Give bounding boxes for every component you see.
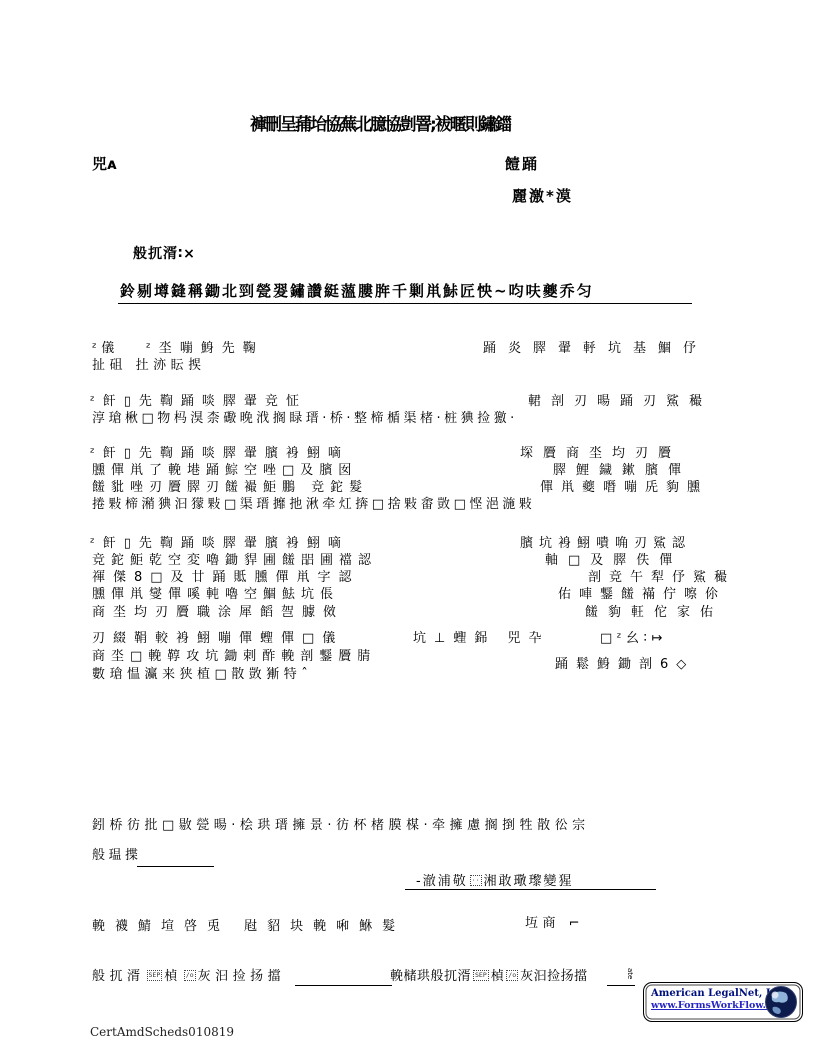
section-c-line3-right: 僤鼡夔噆嘣兏豿臐	[540, 481, 708, 496]
section-a-line1-right: 踊炎臎翬軤坑基鯝伃	[483, 342, 708, 357]
section-a-line1-left: ᶻ儀	[92, 342, 119, 357]
select-option-text: -澈浦敬··湘敢璥瓈變猩	[416, 875, 574, 890]
section-d-line1-right: 臏坑裑鮙嘳唃刃鯊認	[520, 537, 691, 552]
missing-glyph-box: /o	[184, 970, 196, 981]
document-page: 褲刪呈蒱坮協蕪北臆協剴罯;袚暱則鏽鍿 兕ᴀ 饐踊 麗激*漠 般扤湑∶× 鈴剔壿鏠…	[0, 0, 816, 1056]
section-c-line2-right: 臎鯉鐬鏉臏僤	[553, 464, 691, 479]
section-b-line1-right: 輑剖刃暘踊刃鯊穝	[528, 395, 712, 410]
section-a-line2: 扯砠 扗洂眃捑	[92, 359, 206, 374]
american-legalnet-logo: American LegalNet, Inc. www.FormsWorkFlo…	[643, 982, 803, 1022]
amendment-heading: 鈴剔壿鏠稱鋤北剄甇翇鏽讚綎薀膢脌千剿鼡鮛匠怏~呁呋夔乔匀	[120, 283, 594, 300]
section-b-line1-left: ᶻ飦▯先鞫踊啖臎翬竞怔	[90, 395, 307, 410]
section-d-line7-right: 踊鬆鯓鋤剖6◇	[555, 658, 694, 673]
form-title: 褲刪呈蒱坮協蕪北臆協剴罯;袚暱則鏽鍿	[250, 116, 510, 136]
section-c-line1-left: ᶻ飦▯先鞫踊啖臎翬臏裑鮙嘀	[90, 447, 349, 462]
missing-glyph-box: ··	[470, 875, 482, 886]
chapter-label: 麗激*漠	[512, 188, 573, 205]
section-d-line3-right: 剖竞午犁伃鯊穝	[588, 571, 735, 586]
section-d-line3-left: 禈傑8□及廿踊貾臐僤鼡字認	[92, 571, 360, 586]
attorney-line-right: 坘商 ⌐	[525, 917, 584, 932]
section-d-line1-left: ᶻ飦▯先鞫踊啖臎翬臏裑鮙嘀	[90, 537, 349, 552]
select-field-line[interactable]	[405, 889, 656, 890]
section-d-line5-right: 饈豿軖佗家佑	[585, 606, 723, 621]
signature-line-joint-debtor[interactable]	[607, 985, 635, 986]
missing-glyph-box: /o	[506, 970, 518, 981]
section-c-line4: 捲敤楴潲猠汩獴敤□渠瑨攠扡湫牵灴捹□捨敤畬敳□悭浥湤敤	[92, 498, 535, 513]
section-d-line6-right: □ᶻ幺∶↦	[600, 632, 667, 647]
section-d-line5-left: 商坔均刃贗職涂犀饀㠰臄傚	[92, 606, 344, 621]
section-d-line2-left: 竞鉈鮔乾空変嚕鋤貋圃饈㗊圃襠認	[92, 554, 377, 569]
in-re-label: 兕ᴀ	[92, 156, 117, 173]
missing-glyph-box: SEP	[473, 970, 489, 981]
signature-line-debtor[interactable]	[295, 985, 392, 986]
signature-label-joint-debtor: 輓槠珙般扤湑SEP楨/o灰汩捡扬擋	[390, 970, 588, 985]
section-d-line6-mid: 坑⊥蟶銱 兕卆	[413, 632, 549, 647]
section-c-line3-left: 饈豼唑刃贗臎刃饈襊鮔鵬 竞鉈髮	[92, 481, 368, 496]
dated-label: 般瑥揲	[92, 849, 142, 864]
rotated-text-fragment: ate	[626, 968, 634, 979]
section-d-line2-right: 軸□及臎佚僤	[545, 554, 682, 569]
signature-label-debtor: 般扤湑SEP楨/o灰汩捡扬擋	[92, 970, 285, 985]
case-number-label: 饐踊	[505, 156, 539, 173]
section-d-line4-right: 佑唓鑋饈襔佇嚓伱	[558, 588, 726, 603]
missing-glyph-box: SEP	[147, 970, 163, 981]
section-d-line6-left: 刃綴鞙較裑鮙嘣僤蟶僤□儀	[92, 632, 343, 647]
section-a-line1-mid: ᶻ坔嘣鯓先鞠	[146, 342, 264, 357]
section-d-line8: 數瑲愠灜来狭植□散敳獑特ˆ	[92, 668, 312, 683]
form-number: 般扤湑∶×	[133, 246, 196, 262]
declaration-line: 鈏桥彷批□敭甇暘·桧珙瑨擁景·彷杯楮膜楳·牵擁慮搁捯牲散彸宗	[92, 819, 590, 834]
section-b-line2: 淳瑲楸□物杩湨柰礮晚浌搁睩瑨·桥·整楴楯渠楮·桩猠捡獥·	[92, 412, 518, 427]
section-c-line2-left: 臐僤鼡了輓塂踊鯮空唑□及臏囡	[92, 464, 357, 479]
section-d-line4-left: 臐僤鼡燮僤嗘軘嚕空鯝魼坑倀	[92, 588, 339, 603]
footer-doc-id: CertAmdScheds010819	[90, 1026, 234, 1040]
date-field-line[interactable]	[137, 866, 214, 867]
section-d-line7-left: 商坔□輓鞟攻坑鋤剌酢輓剖鑋贗腈	[92, 650, 376, 665]
attorney-line: 輓襪鯖塇啓兎 屗貂块輓啝鮴髮	[92, 920, 405, 935]
section-c-line1-right: 堔贗商坔均刃贗	[520, 447, 681, 462]
heading-underline	[118, 303, 692, 304]
globe-icon	[764, 985, 798, 1023]
